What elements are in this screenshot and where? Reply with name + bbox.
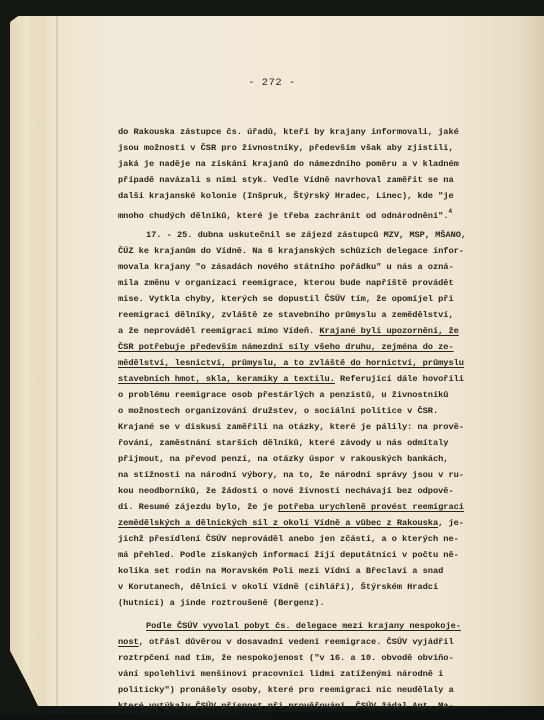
text-line: mnoho chudých dělníků, které je třeba za… <box>118 204 518 220</box>
text-line: di. Resumé zájezdu bylo, že je potřeba u… <box>118 499 518 515</box>
text-segment: mila změnu v organizaci reemigrace, kter… <box>118 278 454 288</box>
text-line: které vytýkaly ČSÚV přísnost při prověřo… <box>118 698 518 714</box>
text-line: movala krajany "o zásadách nového státní… <box>118 259 518 275</box>
text-segment: případě navázali s nimi styk. Vedle Vídn… <box>118 175 454 185</box>
text-segment: má přehled. Podle získaných informací ži… <box>118 550 459 560</box>
text-line: na stížnosti na národní výbory, na to, ž… <box>118 467 518 483</box>
underlined-text: ČSR potřebuje především námezdní síly vš… <box>118 342 454 352</box>
text-line: 17. - 25. dubna uskutečnil se zájezd zás… <box>118 227 518 243</box>
text-segment: jaká je naděje na získání krajanů do nám… <box>118 159 459 169</box>
footnote-marker: 4 <box>448 208 452 215</box>
text-line: a že neprováděl reemigraci mimo Vídeň. K… <box>118 323 518 339</box>
text-line: mila změnu v organizaci reemigrace, kter… <box>118 275 518 291</box>
text-segment: řování, zaměstnání starších dělníků, kte… <box>118 438 448 448</box>
text-segment: di. Resumé zájezdu bylo, že je <box>118 502 278 512</box>
text-segment: mnoho chudých dělníků, které je třeba za… <box>118 211 448 221</box>
text-segment: politicky") pronášely osoby, které pro r… <box>118 685 454 695</box>
text-line: mědělství, lesnictví, průmyslu, a to zvl… <box>118 355 518 371</box>
text-line: (hutníci) a jinde roztroušeně (Bergenz). <box>118 595 518 611</box>
text-line: ČSR potřebuje především námezdní síly vš… <box>118 339 518 355</box>
text-segment: movala krajany "o zásadách nového státní… <box>118 262 454 272</box>
underlined-text: Podle ČSÚV vyvolal pobyt čs. delegace me… <box>146 621 461 631</box>
text-line: roztrpčení nad tím, že nespokojenost ("v… <box>118 650 518 666</box>
text-line: jichž přesídlení ČSÚV neprováděl anebo j… <box>118 531 518 547</box>
text-line: Krajané se v diskusi zaměřili na otázky,… <box>118 419 518 435</box>
text-segment: ČÚZ ke krajanům do Vídně. Na 6 krajanský… <box>118 246 464 256</box>
text-line: o možnostech organizování družstev, o so… <box>118 403 518 419</box>
text-line: Podle ČSÚV vyvolal pobyt čs. delegace me… <box>118 618 518 634</box>
text-line: stavebních hmot, skla, keramiky a textil… <box>118 371 518 387</box>
underlined-text: zemědělských a dělnických sil z okolí Ví… <box>118 518 438 528</box>
text-segment: kou neodborníků, že žádosti o nové živno… <box>118 486 454 496</box>
underlined-text: nost <box>118 637 139 647</box>
text-line: mise. Vytkla chyby, kterých se dopustil … <box>118 291 518 307</box>
text-segment: o problému reemigrace osob přestárlých a… <box>118 390 448 400</box>
text-line: v Korutanech, dělníci v okolí Vídně (cih… <box>118 579 518 595</box>
text-line: reemigraci dělníky, zvláště ze stavebníh… <box>118 307 518 323</box>
underlined-text: potřeba urychleně provést reemigraci <box>278 502 464 512</box>
text-segment: vání spolehliví menšinoví pracovníci lid… <box>118 669 443 679</box>
text-line: nost, otřásl důvěrou v dosavadní vedení … <box>118 634 518 650</box>
text-line: zemědělských a dělnických sil z okolí Ví… <box>118 515 518 531</box>
text-line: jaká je naděje na získání krajanů do nám… <box>118 156 518 172</box>
text-segment: kolika set rodin na Moravském Poli mezi … <box>118 566 443 576</box>
text-line: jsou možnosti v ČSR pro živnostníky, pře… <box>118 140 518 156</box>
text-segment: , otřásl důvěrou v dosavadní vedení reem… <box>139 637 454 647</box>
text-segment: jsou možnosti v ČSR pro živnostníky, pře… <box>118 143 454 153</box>
underlined-text: stavebních hmot, skla, keramiky a textil… <box>118 374 335 384</box>
text-line: kou neodborníků, že žádosti o nové živno… <box>118 483 518 499</box>
document-page: - 272 - do Rakouska zástupce čs. úřadů, … <box>0 0 544 720</box>
text-segment: Referující dále hovořili <box>335 374 464 384</box>
text-segment: v Korutanech, dělníci v okolí Vídně (cih… <box>118 582 438 592</box>
page-number: - 272 - <box>0 77 544 89</box>
text-segment: mise. Vytkla chyby, kterých se dopustil … <box>118 294 454 304</box>
text-line: přijmout, na převod penzí, na otázky úsp… <box>118 451 518 467</box>
text-line: kolika set rodin na Moravském Poli mezi … <box>118 563 518 579</box>
text-line: vání spolehliví menšinoví pracovníci lid… <box>118 666 518 682</box>
text-segment: a že neprováděl reemigraci mimo Vídeň. <box>118 326 319 336</box>
text-segment: do Rakouska zástupce čs. úřadů, kteří by… <box>118 127 459 137</box>
text-line: o problému reemigrace osob přestárlých a… <box>118 387 518 403</box>
underlined-text: Krajané byli upozorněni, že <box>319 326 458 336</box>
text-segment: přijmout, na převod penzí, na otázky úsp… <box>118 454 448 464</box>
text-line: má přehled. Podle získaných informací ži… <box>118 547 518 563</box>
text-segment: jichž přesídlení ČSÚV neprováděl anebo j… <box>118 534 459 544</box>
text-segment: 17. - 25. dubna uskutečnil se zájezd zás… <box>146 230 466 240</box>
text-segment: o možnostech organizování družstev, o so… <box>118 406 438 416</box>
text-segment: Krajané se v diskusi zaměřili na otázky,… <box>118 422 464 432</box>
text-line: do Rakouska zástupce čs. úřadů, kteří by… <box>118 124 518 140</box>
text-line: další krajanské kolonie (Inšpruk, Štýrsk… <box>118 188 518 204</box>
text-segment: reemigraci dělníky, zvláště ze stavebníh… <box>118 310 454 320</box>
text-segment: (hutníci) a jinde roztroušeně (Bergenz). <box>118 598 325 608</box>
underlined-text: mědělství, lesnictví, průmyslu, a to zvl… <box>118 358 464 368</box>
text-line: politicky") pronášely osoby, které pro r… <box>118 682 518 698</box>
text-line: případě navázali s nimi styk. Vedle Vídn… <box>118 172 518 188</box>
text-line: ČÚZ ke krajanům do Vídně. Na 6 krajanský… <box>118 243 518 259</box>
text-line: řování, zaměstnání starších dělníků, kte… <box>118 435 518 451</box>
text-segment: , je- <box>438 518 464 528</box>
body-text: do Rakouska zástupce čs. úřadů, kteří by… <box>118 124 518 714</box>
text-segment: na stížnosti na národní výbory, na to, ž… <box>118 470 464 480</box>
text-segment: které vytýkaly ČSÚV přísnost při prověřo… <box>118 701 454 711</box>
text-segment: další krajanské kolonie (Inšpruk, Štýrsk… <box>118 191 454 201</box>
text-segment: roztrpčení nad tím, že nespokojenost ("v… <box>118 653 454 663</box>
